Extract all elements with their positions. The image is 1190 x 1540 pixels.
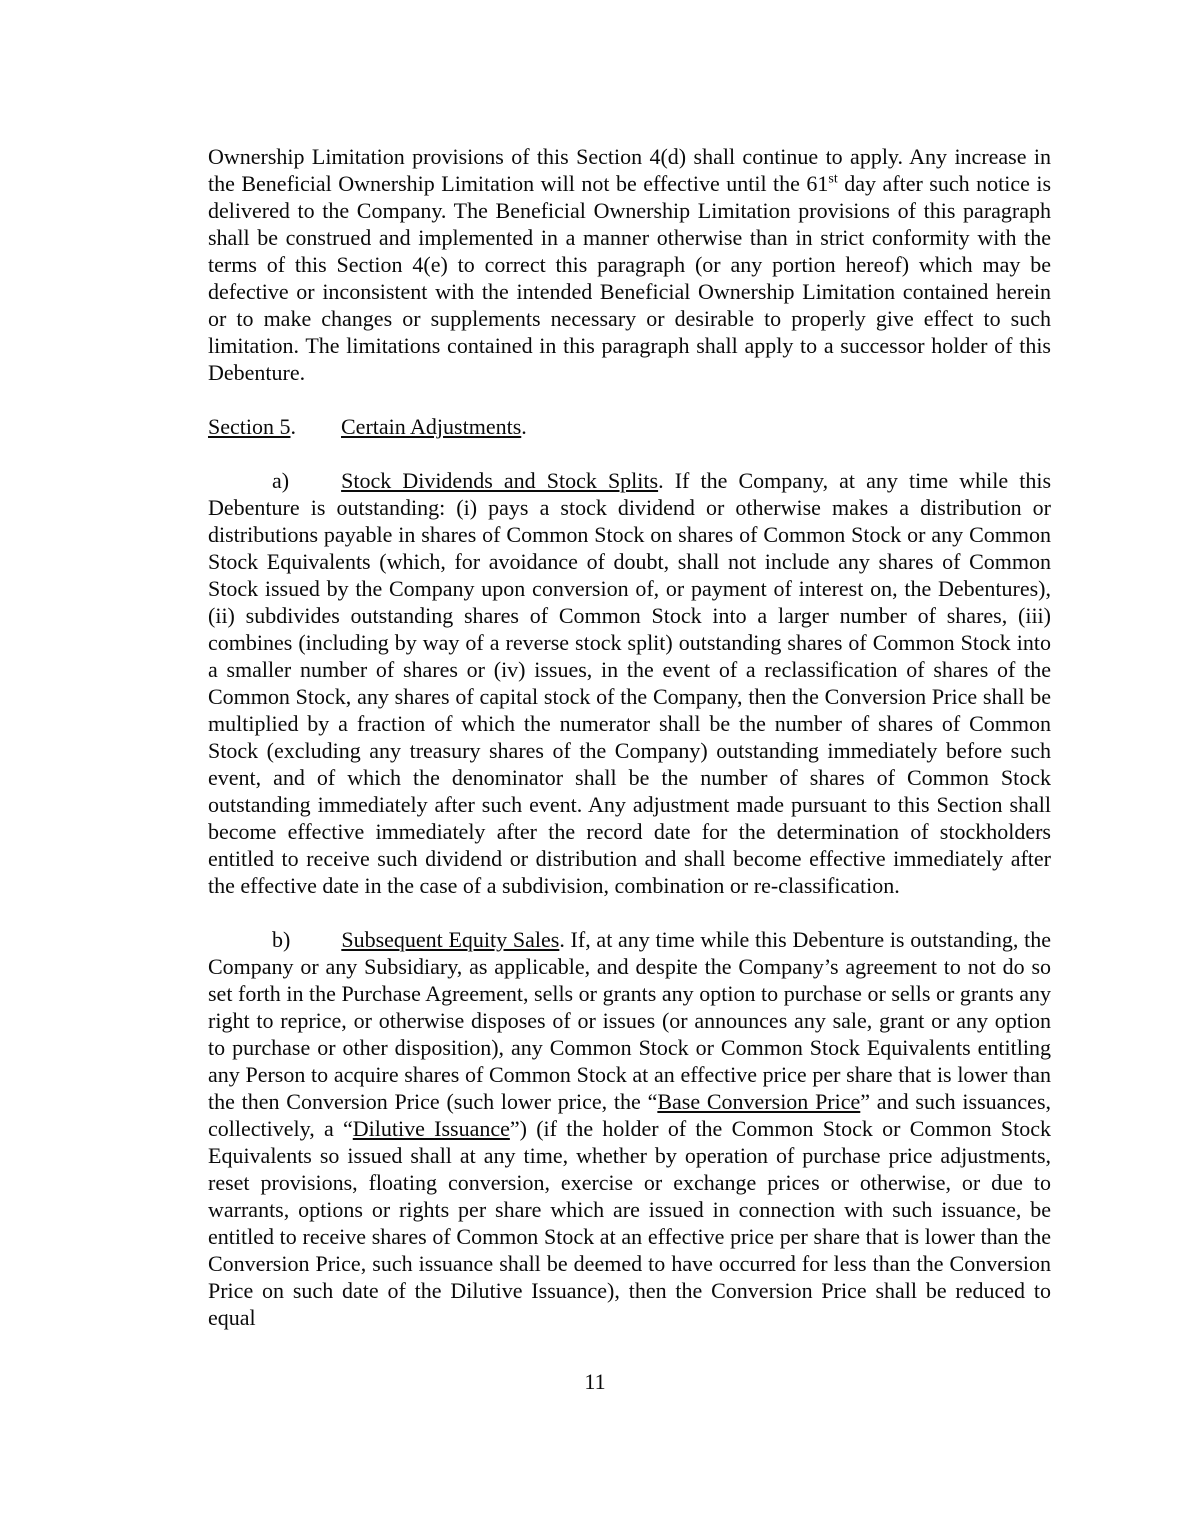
defined-term: Base Conversion Price [657,1089,860,1114]
list-label: a) [272,468,289,493]
section-number: Section 5 [208,414,291,439]
text-run: . If, at any time while this Debenture i… [208,927,1051,1114]
document-page: Ownership Limitation provisions of this … [0,0,1190,1540]
text-run: day after such notice is delivered to th… [208,171,1051,385]
tab-spacer [290,946,341,947]
section-5-heading: Section 5.Certain Adjustments. [208,413,1051,440]
text-run: . [521,414,527,439]
section-title: Certain Adjustments [341,414,521,439]
defined-heading: Subsequent Equity Sales [341,927,559,952]
paragraph-ownership-limitation: Ownership Limitation provisions of this … [208,143,1051,386]
text-run: ”) (if the holder of the Common Stock or… [208,1116,1051,1330]
paragraph-b-subsequent-equity-sales: b)Subsequent Equity Sales. If, at any ti… [208,926,1051,1331]
defined-heading: Stock Dividends and Stock Splits [341,468,658,493]
page-number: 11 [0,1368,1190,1395]
superscript-ordinal: st [828,172,837,187]
tab-spacer [289,487,341,488]
list-label: b) [272,927,290,952]
text-run: . If the Company, at any time while this… [208,468,1051,898]
tab-spacer [296,433,341,434]
document-body: Ownership Limitation provisions of this … [208,143,1051,1358]
defined-term: Dilutive Issuance [353,1116,510,1141]
paragraph-a-stock-dividends-and-stock-splits: a)Stock Dividends and Stock Splits. If t… [208,467,1051,899]
text-run: . [291,414,297,439]
